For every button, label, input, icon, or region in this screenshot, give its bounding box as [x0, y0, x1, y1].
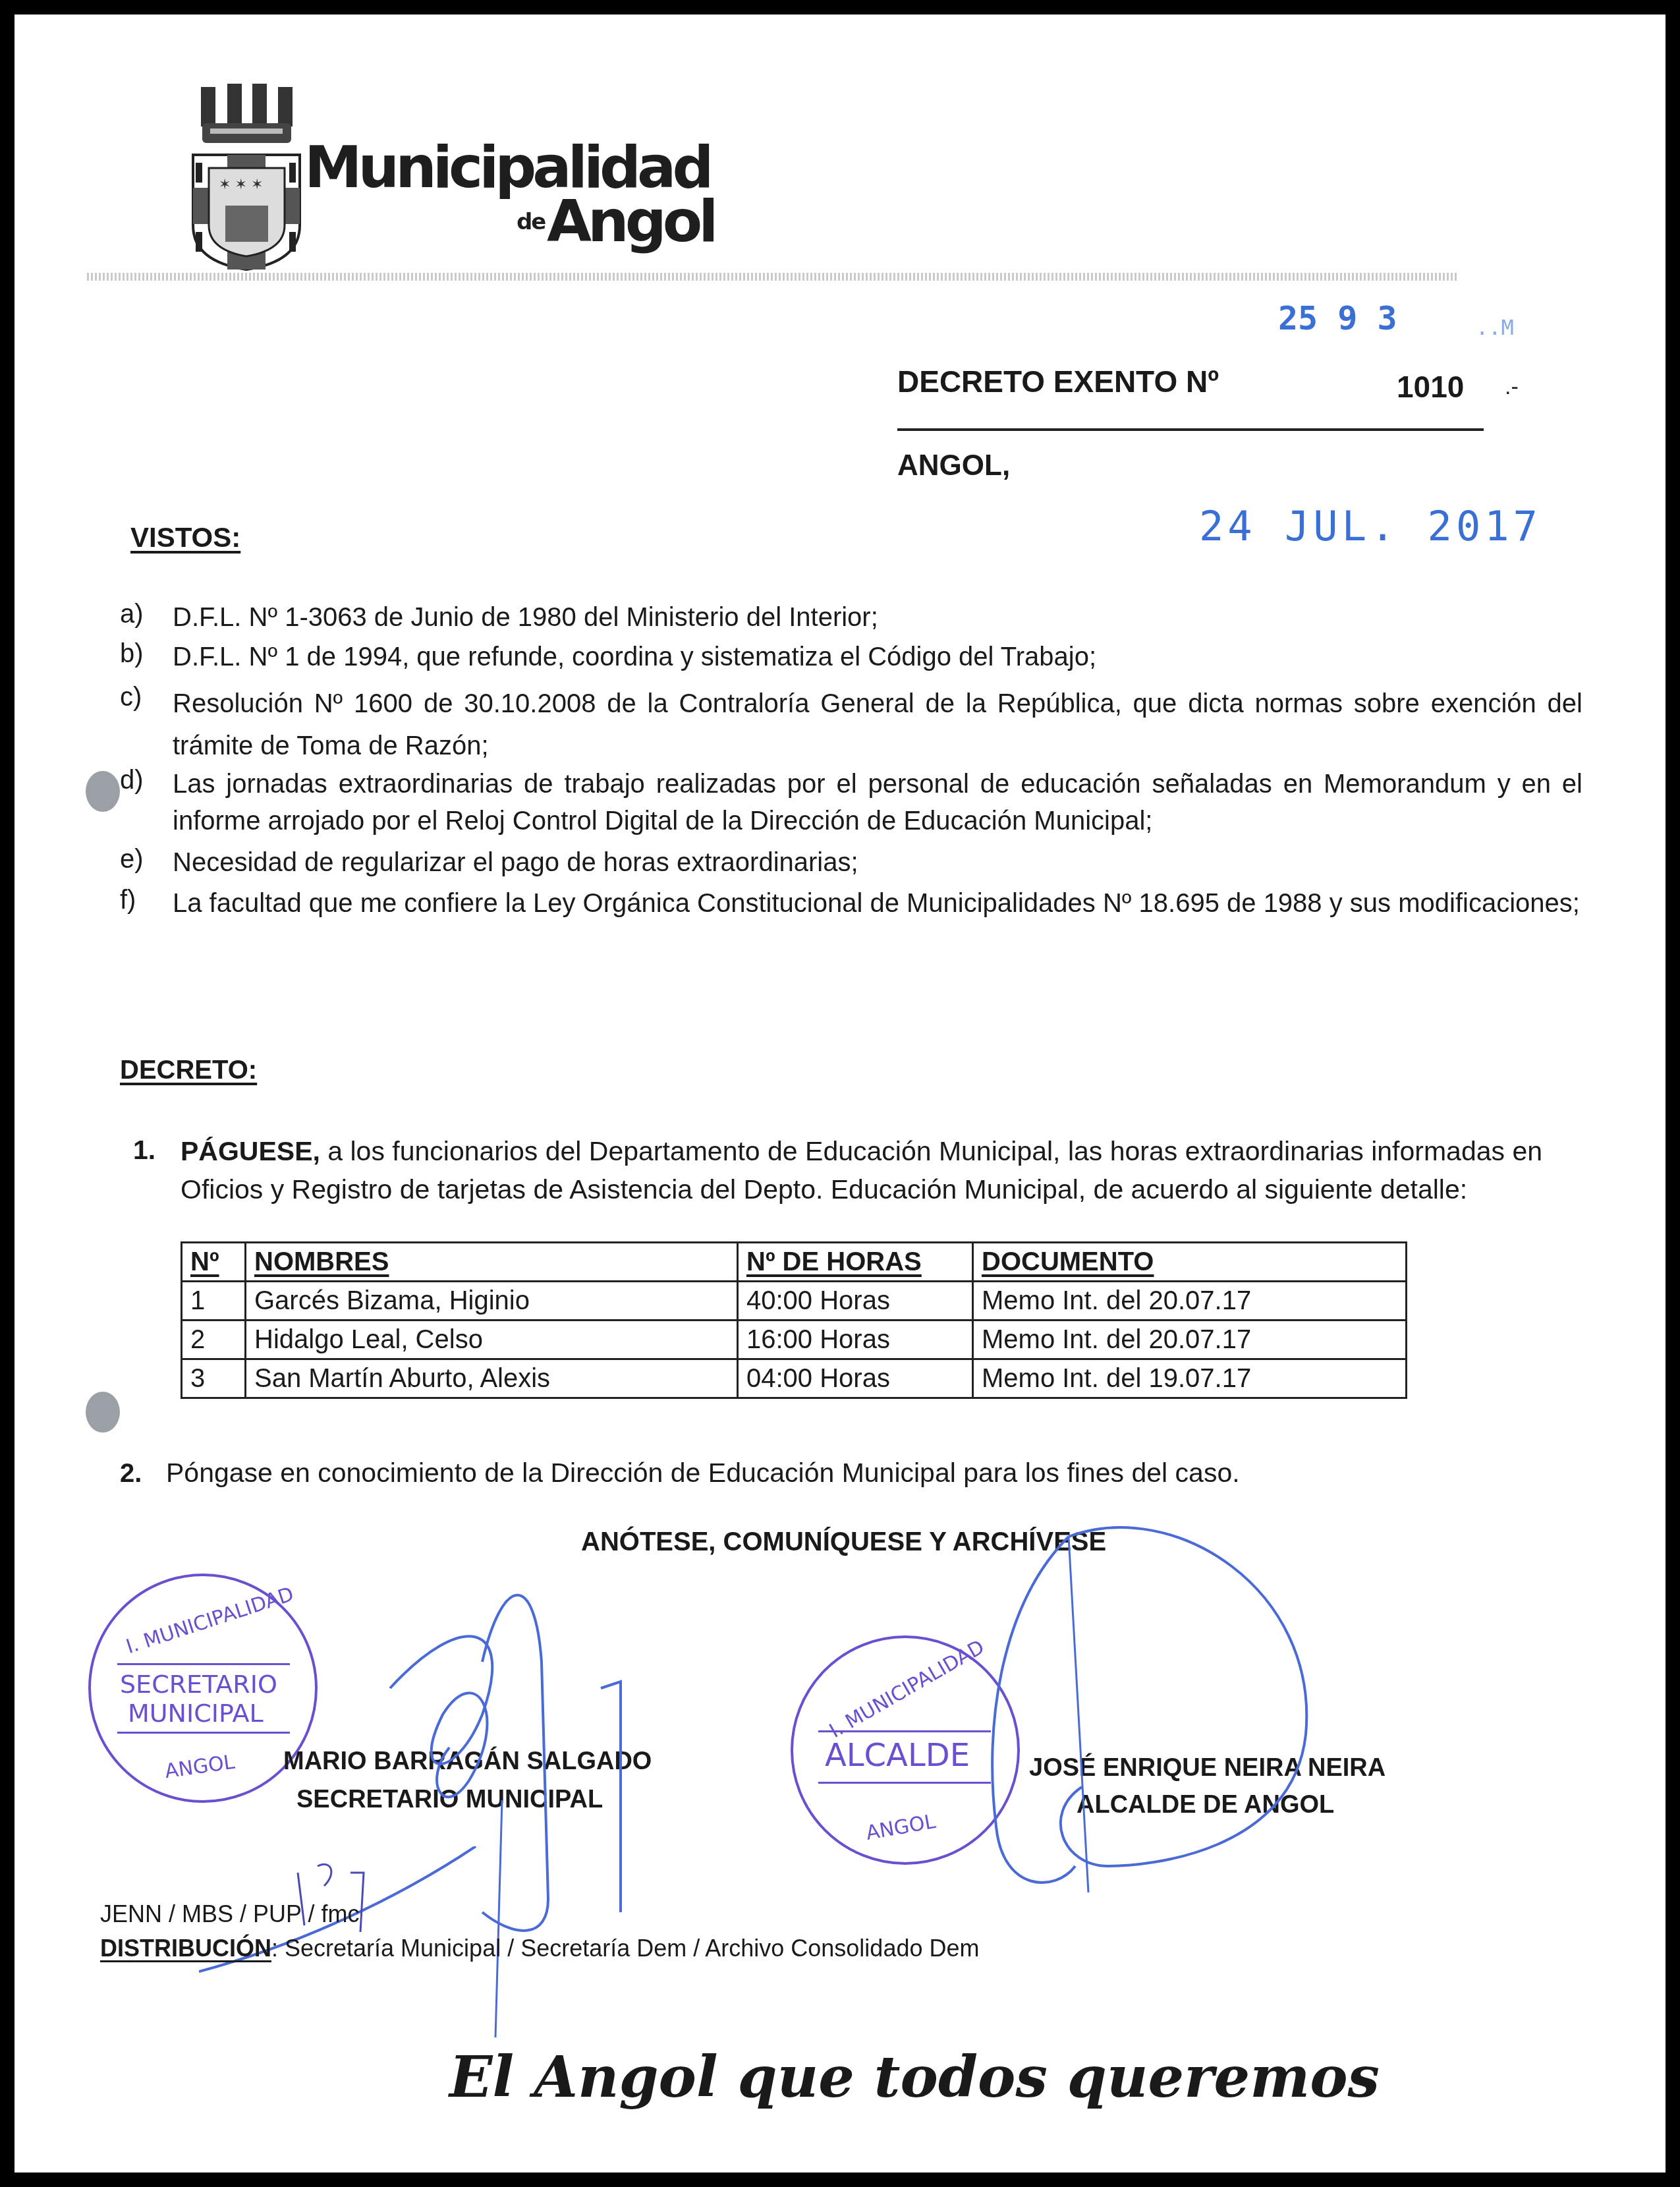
document-page: ✶ ✶ ✶ Municipalidad de Angol 25 9 3 ..M …: [14, 14, 1666, 2173]
mayor-name: JOSÉ ENRIQUE NEIRA NEIRA: [1029, 1754, 1386, 1782]
logo-de: de: [517, 209, 545, 235]
mayor-role: ALCALDE DE ANGOL: [1077, 1791, 1334, 1819]
punch-hole: [86, 1392, 120, 1433]
decree-number-suffix: .-: [1505, 374, 1519, 400]
table-row: 1 Garcés Bizama, Higinio 40:00 Horas Mem…: [182, 1282, 1407, 1321]
secretary-role: SECRETARIO MUNICIPAL: [296, 1786, 603, 1814]
secretary-name: MARIO BARRAGÁN SALGADO: [283, 1747, 652, 1776]
mayor-seal: I. MUNICIPALIDAD ALCALDE ANGOL: [791, 1635, 1020, 1865]
logo-angol: Angol: [547, 187, 714, 255]
distribution-line: DISTRIBUCIÓN: Secretaría Municipal / Sec…: [100, 1935, 979, 1962]
point1-number: 1.: [133, 1135, 155, 1166]
decreto-heading: DECRETO:: [120, 1056, 257, 1085]
tagline: El Angol que todos queremos: [449, 2044, 1380, 2111]
secretary-signature: [383, 1583, 700, 2057]
col-document: DOCUMENTO: [973, 1243, 1407, 1282]
vistos-heading: VISTOS:: [130, 522, 240, 554]
registry-stamp-number: 25 9 3: [1278, 299, 1397, 337]
date-stamp: 24 JUL. 2017: [1199, 502, 1542, 550]
overtime-table: Nº NOMBRES Nº DE HORAS DOCUMENTO 1 Garcé…: [181, 1241, 1407, 1399]
table-header-row: Nº NOMBRES Nº DE HORAS DOCUMENTO: [182, 1243, 1407, 1282]
decree-rule: [897, 428, 1484, 431]
punch-hole: [86, 771, 120, 812]
table-row: 3 San Martín Aburto, Alexis 04:00 Horas …: [182, 1359, 1407, 1398]
initials-line: JENN / MBS / PUP / fmc: [100, 1900, 359, 1928]
col-names: NOMBRES: [246, 1243, 738, 1282]
decree-number: 1010: [1397, 369, 1464, 405]
place-label: ANGOL,: [897, 449, 1010, 482]
closing-formula: ANÓTESE, COMUNÍQUESE Y ARCHÍVESE: [581, 1527, 1106, 1557]
decree-title: DECRETO EXENTO Nº: [897, 364, 1219, 399]
col-hours: Nº DE HORAS: [738, 1243, 973, 1282]
svg-text:✶ ✶ ✶: ✶ ✶ ✶: [219, 176, 264, 192]
col-number: Nº: [182, 1243, 246, 1282]
registry-stamp-initials: ..M: [1476, 315, 1514, 340]
point2-text: Póngase en conocimiento de la Dirección …: [166, 1458, 1240, 1489]
mayor-signature: [976, 1523, 1345, 1906]
table-row: 2 Hidalgo Leal, Celso 16:00 Horas Memo I…: [182, 1321, 1407, 1359]
coat-of-arms-icon: ✶ ✶ ✶: [189, 84, 304, 271]
point2-number: 2.: [120, 1459, 142, 1489]
point1-text: PÁGUESE, a los funcionarios del Departam…: [181, 1132, 1590, 1208]
header-divider: [87, 273, 1457, 281]
